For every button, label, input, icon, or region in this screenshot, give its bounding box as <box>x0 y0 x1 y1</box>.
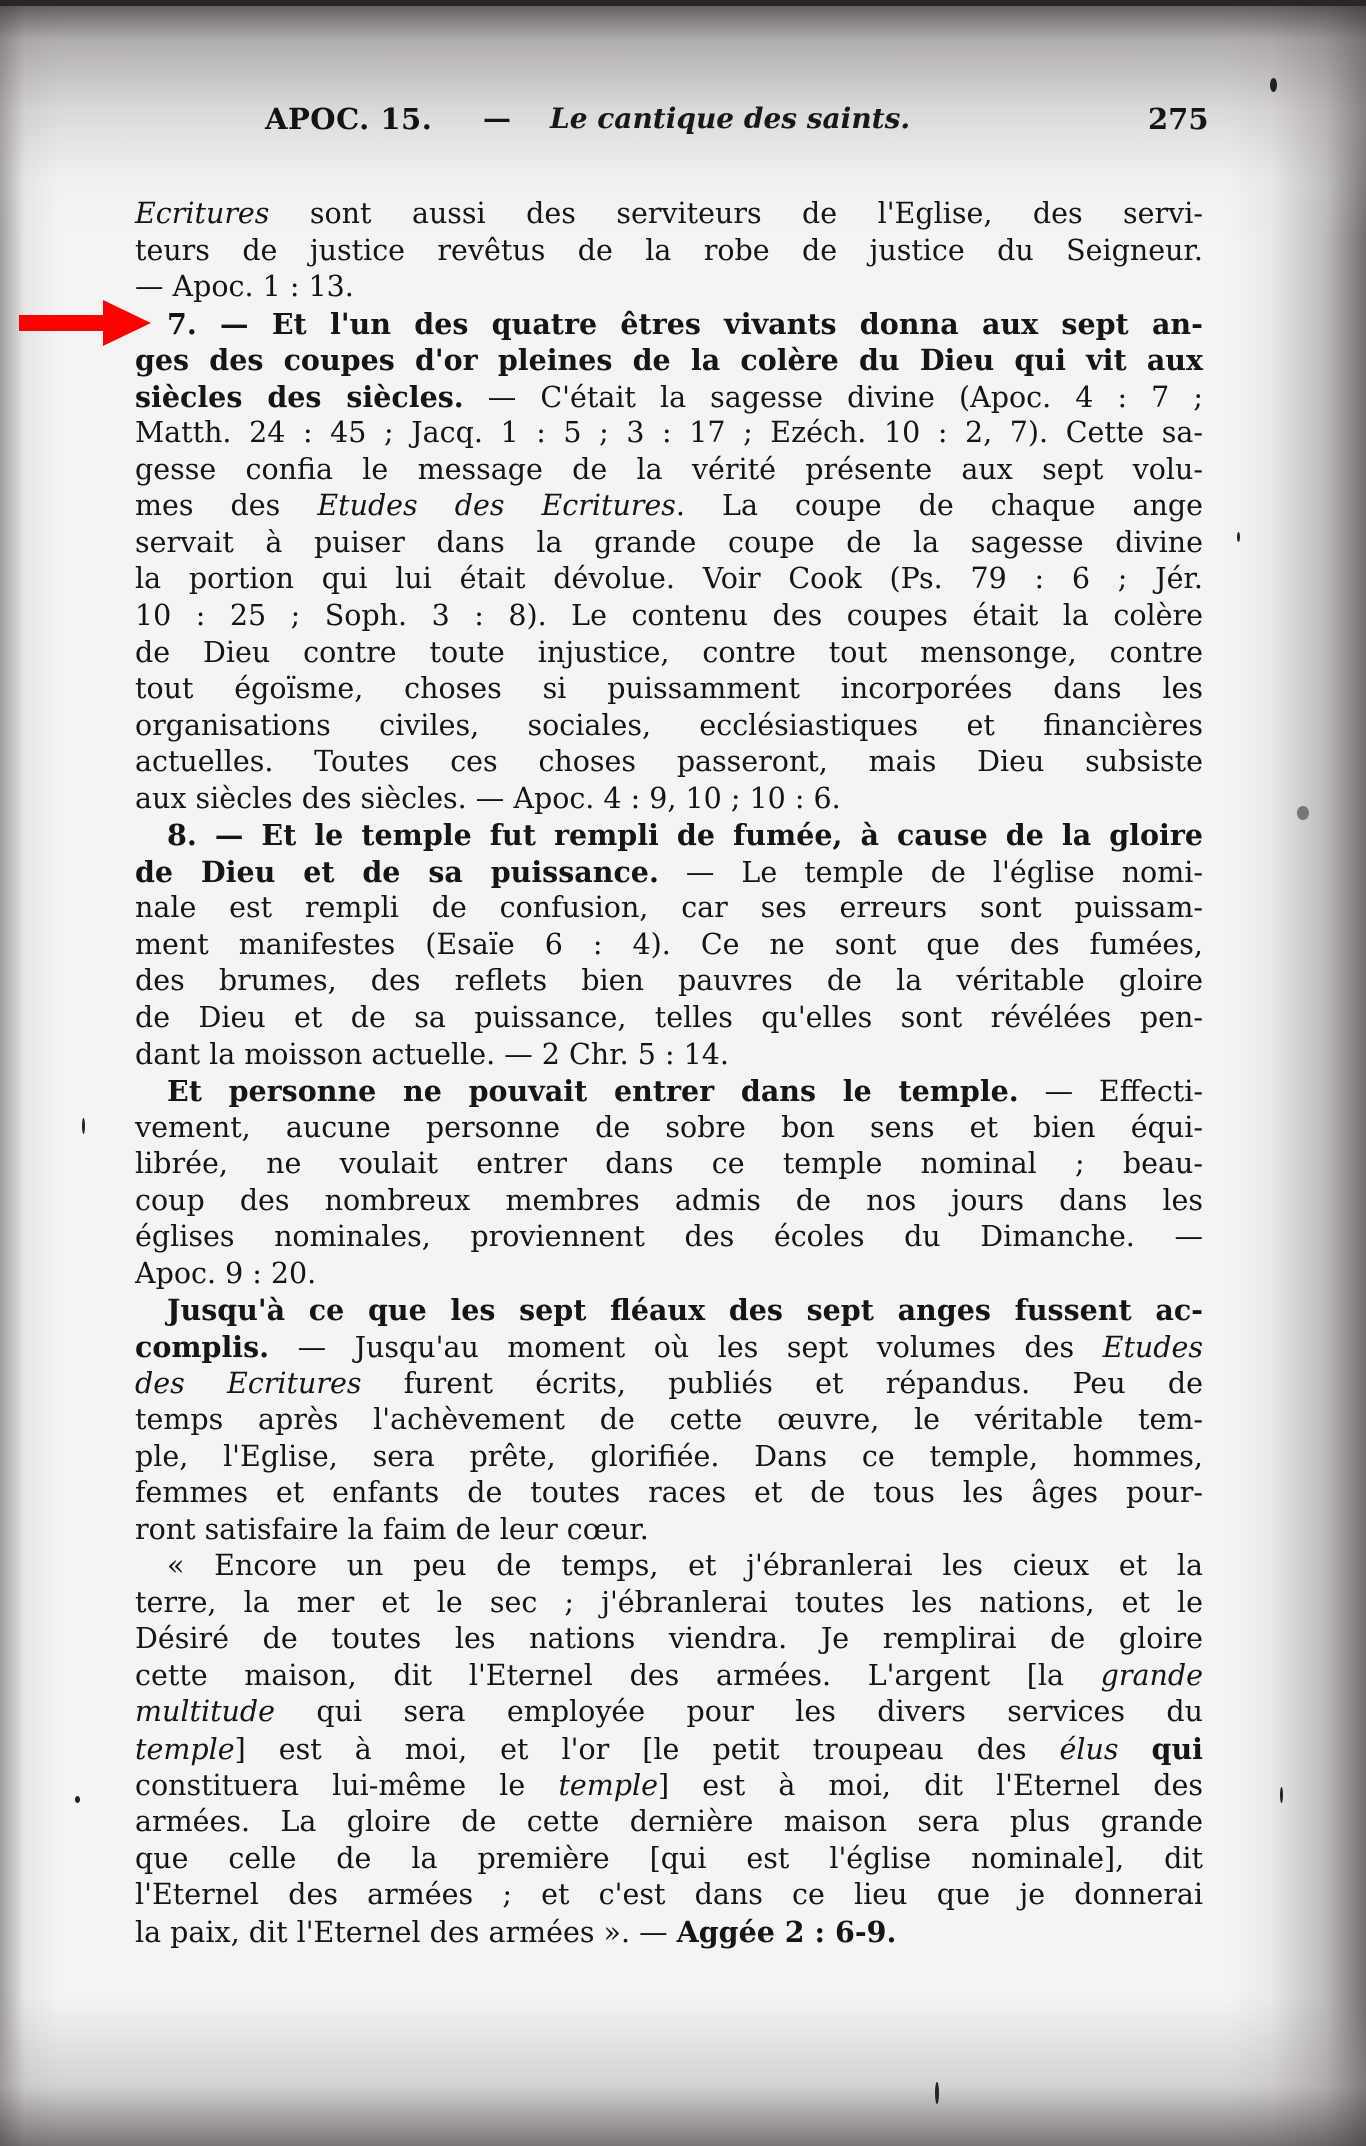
text-segment: la portion qui lui était dévolue. Voir C… <box>135 562 1203 595</box>
italic-text: Etudes <box>1103 1331 1203 1364</box>
scan-speck <box>1280 1787 1283 1803</box>
bold-text: Et personne ne pouvait entrer dans le te… <box>167 1074 1019 1108</box>
header-dash: — <box>483 102 511 135</box>
italic-text: élus <box>1060 1733 1119 1766</box>
bold-text: Jusqu'à ce que les sept fléaux des sept … <box>167 1293 1203 1327</box>
text-segment: servait à puiser dans la grande coupe de… <box>135 526 1203 559</box>
text-line: de Dieu et de sa puissance. — Le temple … <box>135 854 1203 891</box>
bold-text: 8. — Et le temple fut rempli de fumée, à… <box>167 818 1203 852</box>
bold-text: Aggée 2 : 6-9. <box>677 1915 897 1949</box>
text-segment: aux siècles des siècles. — Apoc. 4 : 9, … <box>135 782 841 815</box>
text-line: tout égoïsme, choses si puissamment inco… <box>135 671 1203 708</box>
scan-top-edge <box>0 0 1366 6</box>
text-segment: églises nominales, proviennent des école… <box>135 1220 1203 1253</box>
text-line: ges des coupes d'or pleines de la colère… <box>135 342 1203 379</box>
text-segment: ] est à moi, et l'or [le petit troupeau … <box>235 1733 1060 1766</box>
text-line: temple] est à moi, et l'or [le petit tro… <box>135 1731 1203 1768</box>
text-segment: dant la moisson actuelle. — 2 Chr. 5 : 1… <box>135 1038 729 1071</box>
text-line: armées. La gloire de cette dernière mais… <box>135 1804 1203 1841</box>
scan-speck <box>935 2082 939 2104</box>
text-segment: la paix, dit l'Eternel des armées ». — <box>135 1916 677 1949</box>
text-segment: de Dieu et de sa puissance, telles qu'el… <box>135 1001 1203 1034</box>
text-segment: . La coupe de chaque ange <box>676 489 1203 522</box>
text-line: de Dieu et de sa puissance, telles qu'el… <box>135 1000 1203 1037</box>
text-line: coup des nombreux membres admis de nos j… <box>135 1183 1203 1220</box>
text-segment: ront satisfaire la faim de leur cœur. <box>135 1513 649 1546</box>
text-segment: tout égoïsme, choses si puissamment inco… <box>135 672 1203 705</box>
bold-text: de Dieu et de sa puissance. <box>135 855 659 889</box>
text-line: ment manifestes (Esaïe 6 : 4). Ce ne son… <box>135 927 1203 964</box>
text-line: siècles des siècles. — C'était la sagess… <box>135 379 1203 416</box>
text-segment: librée, ne voulait entrer dans ce temple… <box>135 1147 1203 1180</box>
text-line: la portion qui lui était dévolue. Voir C… <box>135 561 1203 598</box>
text-line: Désiré de toutes les nations viendra. Je… <box>135 1621 1203 1658</box>
text-segment: actuelles. Toutes ces choses passeront, … <box>135 745 1203 778</box>
italic-text: temple <box>558 1769 658 1802</box>
italic-text: multitude <box>135 1695 275 1728</box>
text-segment: ment manifestes (Esaïe 6 : 4). Ce ne son… <box>135 928 1203 961</box>
running-title: APOC. 15. <box>265 102 432 136</box>
text-segment: Matth. 24 : 45 ; Jacq. 1 : 5 ; 3 : 17 ; … <box>135 416 1203 449</box>
bold-text: ges des coupes d'or pleines de la colère… <box>135 343 1203 377</box>
text-line: 10 : 25 ; Soph. 3 : 8). Le contenu des c… <box>135 598 1203 635</box>
italic-text: des Ecritures <box>135 1367 361 1400</box>
text-line: nale est rempli de confusion, car ses er… <box>135 890 1203 927</box>
text-line: Jusqu'à ce que les sept fléaux des sept … <box>135 1292 1203 1329</box>
text-segment: — C'était la sagesse divine (Apoc. 4 : 7… <box>464 381 1203 414</box>
text-line: actuelles. Toutes ces choses passeront, … <box>135 744 1203 781</box>
text-segment: femmes et enfants de toutes races et de … <box>135 1476 1203 1509</box>
text-segment: l'Eternel des armées ; et c'est dans ce … <box>135 1878 1203 1911</box>
italic-text: temple <box>135 1733 235 1766</box>
text-segment: temps après l'achèvement de cette œuvre,… <box>135 1403 1203 1436</box>
section-title: Le cantique des saints. <box>550 102 910 135</box>
text-segment <box>1118 1733 1151 1766</box>
text-segment: des brumes, des reflets bien pauvres de … <box>135 964 1203 997</box>
text-line: femmes et enfants de toutes races et de … <box>135 1475 1203 1512</box>
text-line: mes des Etudes des Ecritures. La coupe d… <box>135 488 1203 525</box>
text-segment: 10 : 25 ; Soph. 3 : 8). Le contenu des c… <box>135 599 1203 632</box>
red-arrow-icon <box>19 300 151 346</box>
text-segment: sont aussi des serviteurs de l'Eglise, d… <box>269 197 1203 230</box>
text-line: — Apoc. 1 : 13. <box>135 269 1203 306</box>
text-line: librée, ne voulait entrer dans ce temple… <box>135 1146 1203 1183</box>
text-segment: ] est à moi, dit l'Eternel des <box>658 1769 1203 1802</box>
text-line: organisations civiles, sociales, ecclési… <box>135 708 1203 745</box>
text-segment: nale est rempli de confusion, car ses er… <box>135 891 1203 924</box>
italic-text: grande <box>1101 1659 1203 1692</box>
page-body-text: Ecritures sont aussi des serviteurs de l… <box>135 196 1203 1950</box>
page-number: 275 <box>1148 102 1209 136</box>
text-segment: de Dieu contre toute injustice, contre t… <box>135 636 1203 669</box>
text-segment: « Encore un peu de temps, et j'ébranlera… <box>167 1549 1203 1582</box>
bold-text: 7. — Et l'un des quatre êtres vivants do… <box>167 307 1203 341</box>
text-segment: — Jusqu'au moment où les sept volumes de… <box>269 1331 1103 1364</box>
text-segment: teurs de justice revêtus de la robe de j… <box>135 234 1203 267</box>
text-line: cette maison, dit l'Eternel des armées. … <box>135 1658 1203 1695</box>
text-line: multitude qui sera employée pour les div… <box>135 1694 1203 1731</box>
text-segment: Désiré de toutes les nations viendra. Je… <box>135 1622 1203 1655</box>
text-segment: — Apoc. 1 : 13. <box>135 270 354 303</box>
text-line: Apoc. 9 : 20. <box>135 1256 1203 1293</box>
bold-text: siècles des siècles. <box>135 380 464 414</box>
scan-speck <box>1270 78 1277 92</box>
text-line: terre, la mer et le sec ; j'ébranlerai t… <box>135 1585 1203 1622</box>
page-header: APOC. 15. — Le cantique des saints. 275 <box>265 102 1205 142</box>
text-segment: qui sera employée pour les divers servic… <box>275 1695 1203 1728</box>
text-segment: que celle de la première [qui est l'égli… <box>135 1842 1203 1875</box>
text-line: temps après l'achèvement de cette œuvre,… <box>135 1402 1203 1439</box>
text-segment: mes des <box>135 489 317 522</box>
text-segment: ple, l'Eglise, sera prête, glorifiée. Da… <box>135 1440 1203 1473</box>
scan-speck <box>1297 806 1309 820</box>
text-line: aux siècles des siècles. — Apoc. 4 : 9, … <box>135 781 1203 818</box>
text-segment: — Le temple de l'église nomi- <box>659 856 1203 889</box>
italic-text: Ecritures <box>135 197 269 230</box>
text-segment: cette maison, dit l'Eternel des armées. … <box>135 1659 1101 1692</box>
text-line: Ecritures sont aussi des serviteurs de l… <box>135 196 1203 233</box>
text-line: que celle de la première [qui est l'égli… <box>135 1841 1203 1878</box>
text-line: l'Eternel des armées ; et c'est dans ce … <box>135 1877 1203 1914</box>
italic-text: Etudes des Ecritures <box>317 489 676 522</box>
text-line: Matth. 24 : 45 ; Jacq. 1 : 5 ; 3 : 17 ; … <box>135 415 1203 452</box>
text-line: des brumes, des reflets bien pauvres de … <box>135 963 1203 1000</box>
text-line: des Ecritures furent écrits, publiés et … <box>135 1366 1203 1403</box>
text-segment: armées. La gloire de cette dernière mais… <box>135 1805 1203 1838</box>
text-line: teurs de justice revêtus de la robe de j… <box>135 233 1203 270</box>
text-line: gesse confia le message de la vérité pré… <box>135 452 1203 489</box>
text-segment: coup des nombreux membres admis de nos j… <box>135 1184 1203 1217</box>
text-line: églises nominales, proviennent des école… <box>135 1219 1203 1256</box>
bold-text: qui <box>1152 1732 1203 1766</box>
text-line: « Encore un peu de temps, et j'ébranlera… <box>135 1548 1203 1585</box>
text-line: vement, aucune personne de sobre bon sen… <box>135 1110 1203 1147</box>
text-line: Et personne ne pouvait entrer dans le te… <box>135 1073 1203 1110</box>
text-segment: furent écrits, publiés et répandus. Peu … <box>361 1367 1203 1400</box>
text-segment: Apoc. 9 : 20. <box>135 1257 316 1290</box>
text-line: de Dieu contre toute injustice, contre t… <box>135 635 1203 672</box>
text-line: ple, l'Eglise, sera prête, glorifiée. Da… <box>135 1439 1203 1476</box>
bold-text: complis. <box>135 1330 269 1364</box>
text-segment: gesse confia le message de la vérité pré… <box>135 453 1203 486</box>
text-line: complis. — Jusqu'au moment où les sept v… <box>135 1329 1203 1366</box>
text-line: 7. — Et l'un des quatre êtres vivants do… <box>135 306 1203 343</box>
text-line: dant la moisson actuelle. — 2 Chr. 5 : 1… <box>135 1037 1203 1074</box>
scan-speck <box>75 1796 80 1803</box>
scan-speck <box>1237 532 1240 542</box>
text-line: 8. — Et le temple fut rempli de fumée, à… <box>135 817 1203 854</box>
text-segment: terre, la mer et le sec ; j'ébranlerai t… <box>135 1586 1203 1619</box>
text-segment: — Effecti- <box>1019 1075 1203 1108</box>
text-line: constituera lui-même le temple] est à mo… <box>135 1768 1203 1805</box>
text-line: ront satisfaire la faim de leur cœur. <box>135 1512 1203 1549</box>
text-segment: organisations civiles, sociales, ecclési… <box>135 709 1203 742</box>
text-line: servait à puiser dans la grande coupe de… <box>135 525 1203 562</box>
text-segment: vement, aucune personne de sobre bon sen… <box>135 1111 1203 1144</box>
text-line: la paix, dit l'Eternel des armées ». — A… <box>135 1914 1203 1951</box>
scan-speck <box>82 1118 85 1134</box>
text-segment: constituera lui-même le <box>135 1769 558 1802</box>
